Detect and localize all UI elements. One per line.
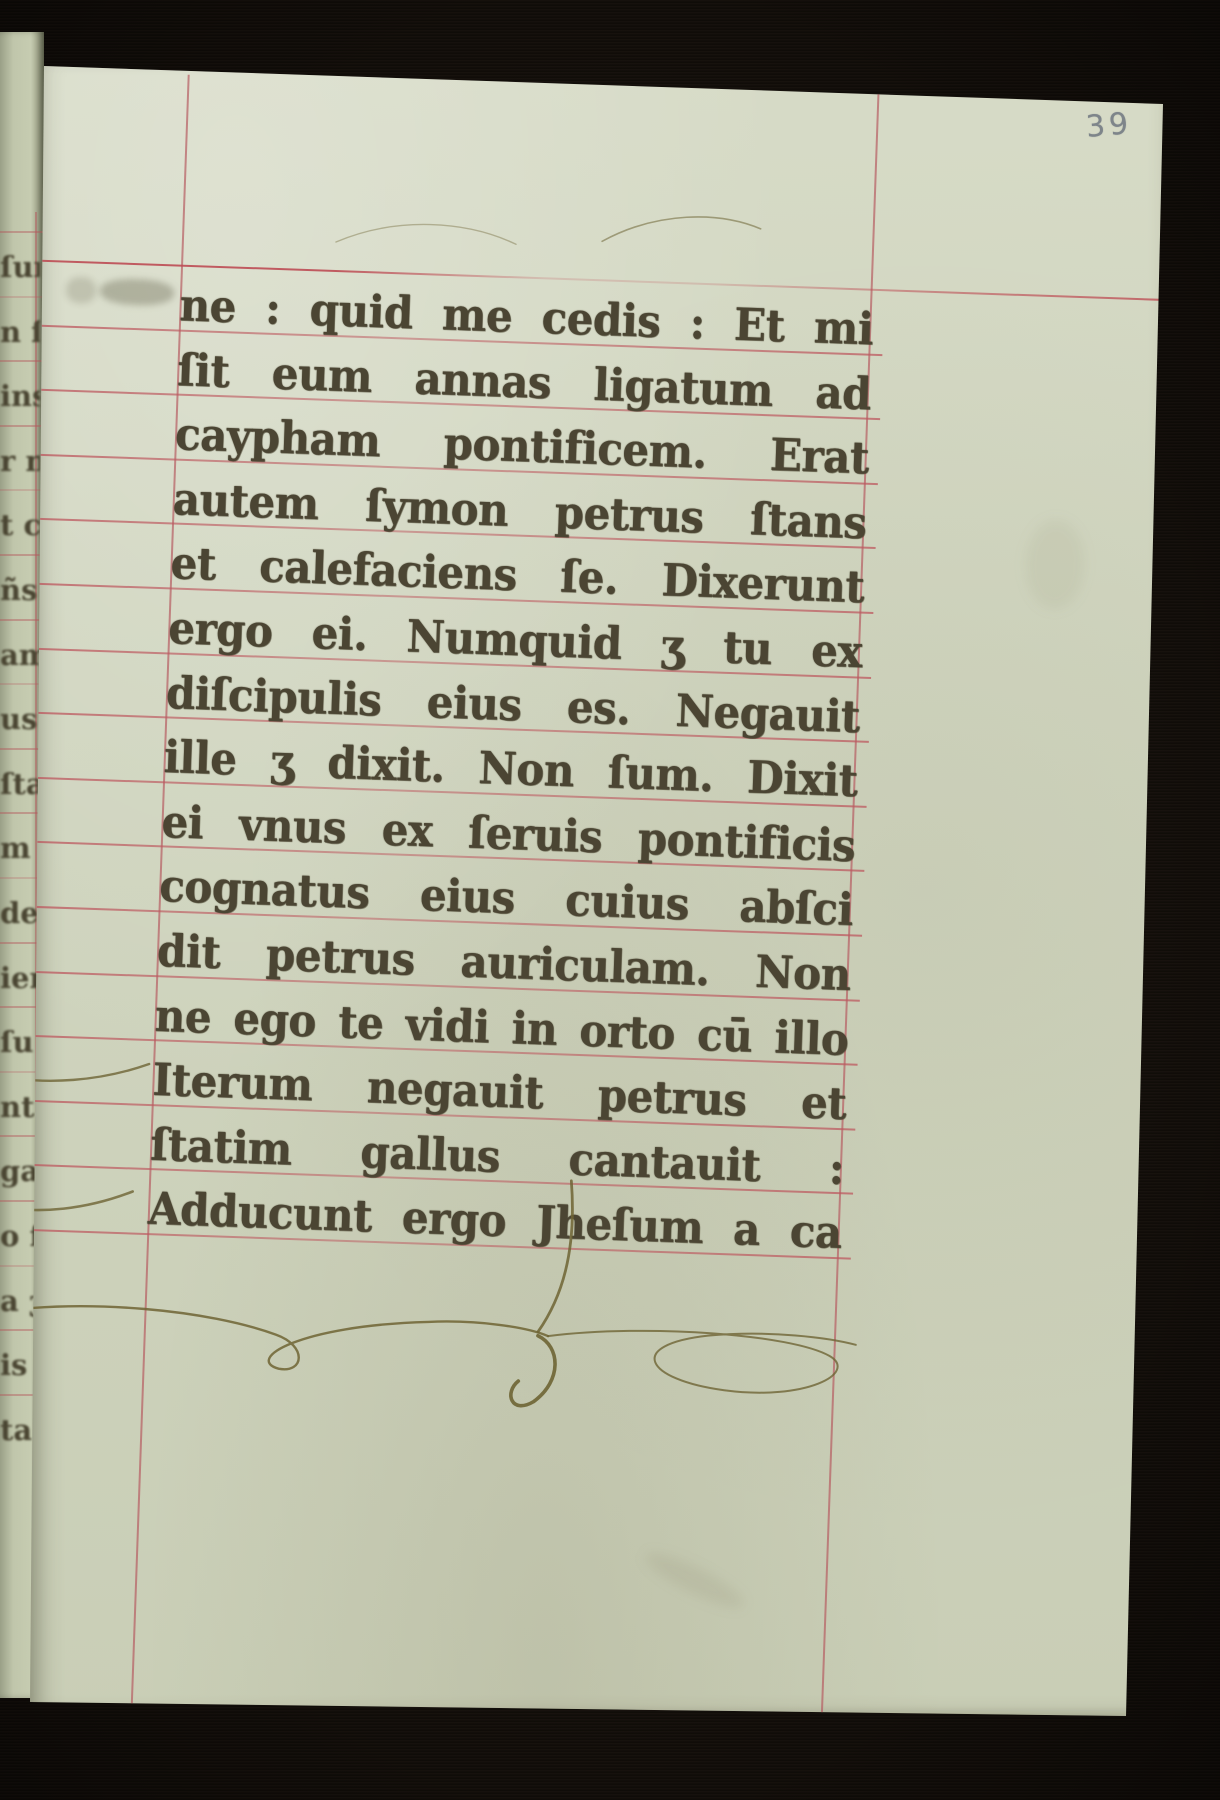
facing-page-fragment: ier [0,959,40,999]
facing-page-rule [0,554,44,556]
facing-page-rule [0,296,44,298]
facing-page-fragment: ñs [0,571,40,611]
facing-page-fragment: ſu [0,1023,40,1063]
s-shaped-mark [511,1335,557,1407]
facing-page-fragment: r m [0,442,40,482]
folio-number: 39 [1085,106,1134,145]
facing-page-rule [0,231,44,233]
bottom-flourish [0,1303,548,1379]
facing-page-fragment: am [0,636,40,676]
ruled-text-area: ne : quid me cedis : Et miſit eum annas … [0,64,1196,1763]
facing-page-fragment: nt [0,1088,40,1128]
facing-page-fragment: de [0,894,40,934]
facing-page-fragment: ins [0,377,40,417]
pen-flourishes [0,64,1196,1763]
facing-page-rule [0,812,44,814]
facing-page-fragment: us [0,700,40,740]
manuscript-page: ne : quid me cedis : Et miſit eum annas … [30,60,1175,1720]
facing-page-fragment: ga [0,1152,40,1192]
facing-page-rule [0,489,44,491]
ascender-flourish [336,221,517,248]
facing-page-rule [0,683,44,685]
photograph-backdrop: { "manuscript": { "folio_number": "39", … [0,0,1220,1800]
ascender-flourish [602,214,761,247]
facing-page-fragment: ſum [0,248,40,288]
facing-page-rule [0,425,44,427]
facing-page-rule [0,619,44,621]
descender-stroke [538,1180,574,1333]
facing-page-rule [0,360,44,362]
facing-page-fragment: t ce [0,506,40,546]
bottom-flourish-loop [546,1326,856,1396]
facing-page-fragment: n ſ [0,313,40,353]
facing-page-fragment: ſta [0,765,40,805]
facing-page-fragment: m e [0,829,40,869]
facing-page-rule [0,748,44,750]
